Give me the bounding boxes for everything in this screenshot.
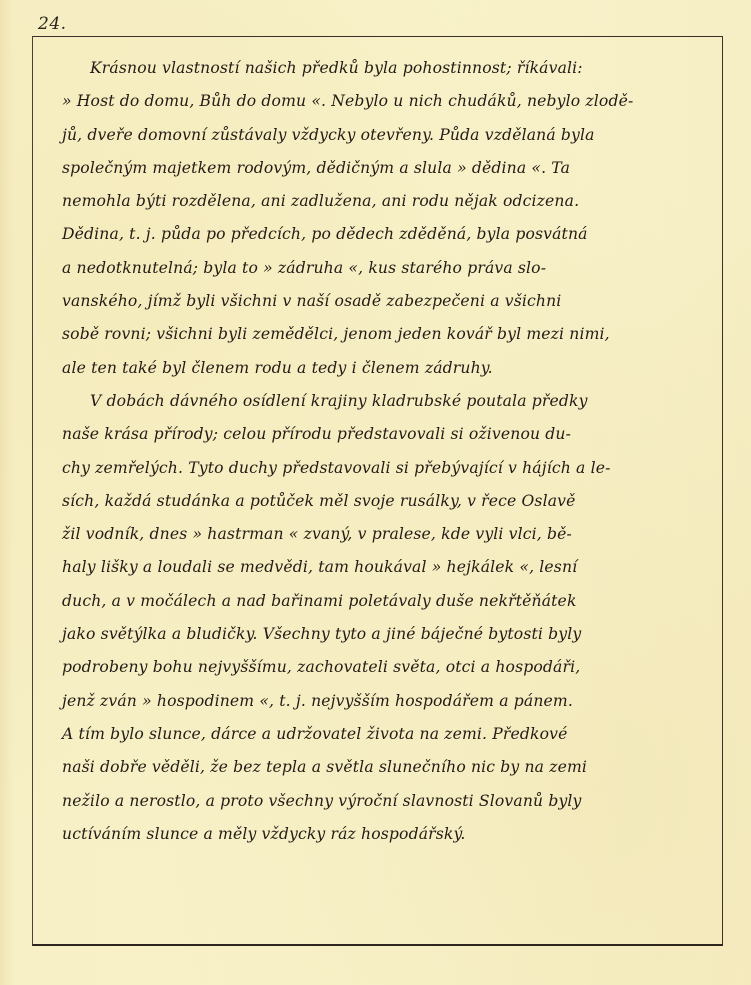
text-line: podrobeny bohu nejvyššímu, zachovateli s…	[62, 651, 712, 684]
text-line: Dědina, t. j. půda po předcích, po dědec…	[62, 218, 712, 251]
text-line: nežilo a nerostlo, a proto všechny výroč…	[62, 785, 712, 818]
text-line: nemohla býti rozdělena, ani zadlužena, a…	[62, 185, 712, 218]
text-line: A tím bylo slunce, dárce a udržovatel ži…	[62, 718, 712, 751]
text-line: sích, každá studánka a potůček měl svoje…	[62, 485, 712, 518]
page-number: 24.	[38, 14, 67, 34]
text-line: jů, dveře domovní zůstávaly vždycky otev…	[62, 119, 712, 152]
text-line: jako světýlka a bludičky. Všechny tyto a…	[62, 618, 712, 651]
paragraph-1: Krásnou vlastností našich předků byla po…	[62, 52, 712, 385]
text-line: V dobách dávného osídlení krajiny kladru…	[62, 385, 712, 418]
paragraph-2: V dobách dávného osídlení krajiny kladru…	[62, 385, 712, 851]
text-line: chy zemřelých. Tyto duchy představovali …	[62, 452, 712, 485]
text-line: duch, a v močálech a nad bařinami poletá…	[62, 585, 712, 618]
text-line: žil vodník, dnes » hastrman « zvaný, v p…	[62, 518, 712, 551]
text-line: naši dobře věděli, že bez tepla a světla…	[62, 751, 712, 784]
text-line: vanského, jímž byli všichni v naší osadě…	[62, 285, 712, 318]
text-line: společným majetkem rodovým, dědičným a s…	[62, 152, 712, 185]
text-line: sobě rovni; všichni byli zemědělci, jeno…	[62, 318, 712, 351]
handwritten-text-body: Krásnou vlastností našich předků byla po…	[62, 52, 712, 851]
text-line: ale ten také byl členem rodu a tedy i čl…	[62, 352, 712, 385]
text-line: » Host do domu, Bůh do domu «. Nebylo u …	[62, 85, 712, 118]
text-line: naše krása přírody; celou přírodu předst…	[62, 418, 712, 451]
text-line: a nedotknutelná; byla to » zádruha «, ku…	[62, 252, 712, 285]
text-line: uctíváním slunce a měly vždycky ráz hosp…	[62, 818, 712, 851]
text-line: jenž zván » hospodinem «, t. j. nejvyšší…	[62, 685, 712, 718]
text-line: Krásnou vlastností našich předků byla po…	[62, 52, 712, 85]
text-line: haly lišky a loudali se medvědi, tam hou…	[62, 551, 712, 584]
